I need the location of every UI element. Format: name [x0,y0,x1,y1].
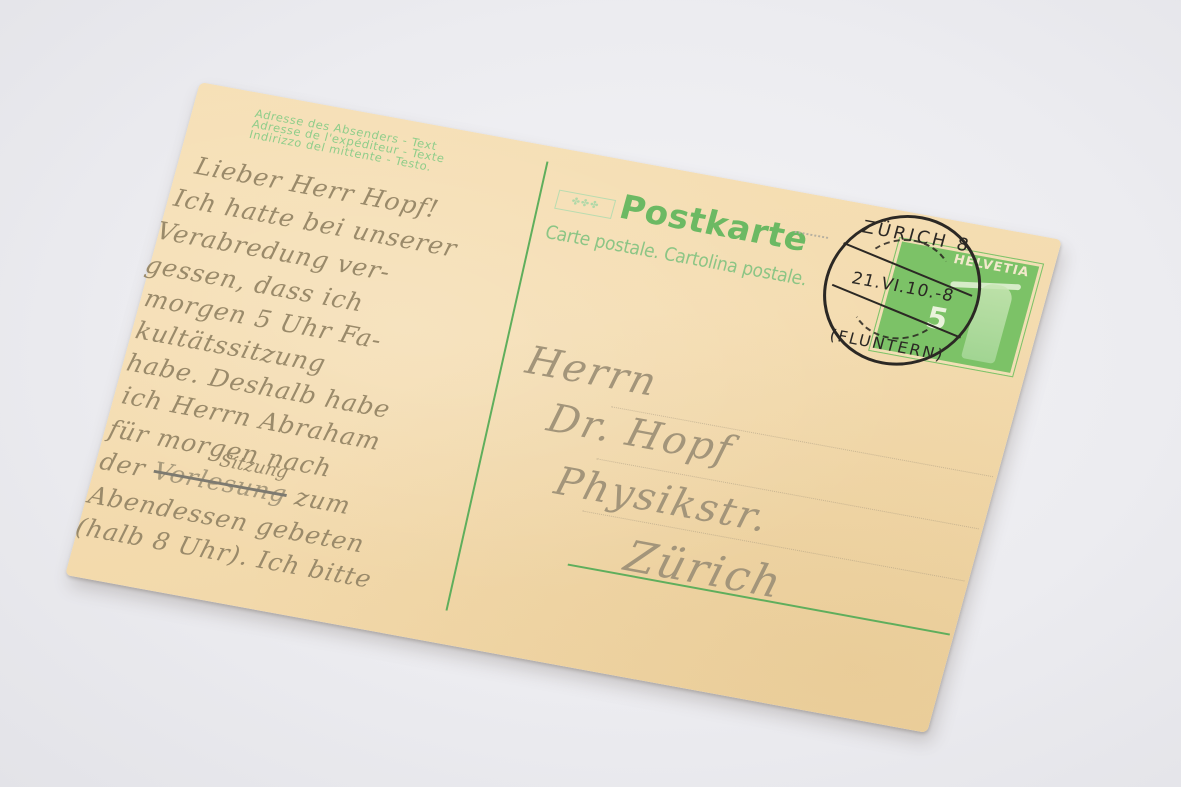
emblem-icon: ✤✤✤ [554,190,616,219]
letter-line-10-start: der [97,447,149,483]
postcard: Adresse des Absenders - Text Adresse de … [65,82,1062,733]
message-address-divider [445,161,548,610]
address-line-1: Herrn [521,338,663,405]
sender-address-label: Adresse des Absenders - Text Adresse de … [248,108,449,174]
letter-line-10-tail: zum [292,483,354,521]
photo-scene: Adresse des Absenders - Text Adresse de … [0,0,1181,787]
